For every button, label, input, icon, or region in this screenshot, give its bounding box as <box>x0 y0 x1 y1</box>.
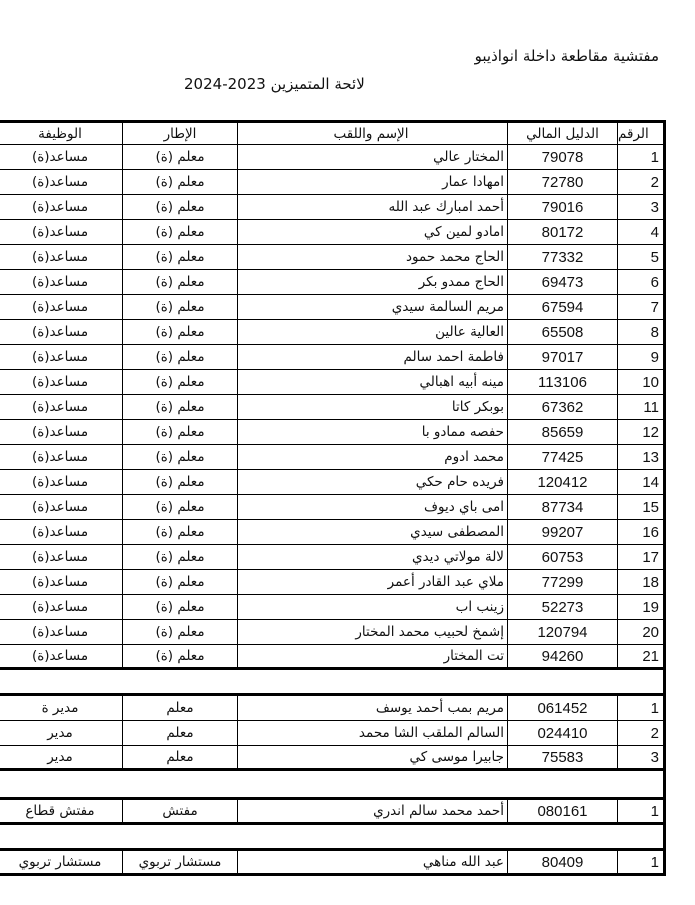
frame: مفتش <box>122 800 237 822</box>
financial-id: 94260 <box>507 645 617 667</box>
table-row: 767594مريم السالمة سيديمعلم (ة)مساعد(ة) <box>0 295 663 320</box>
row-number: 12 <box>617 420 663 444</box>
table-row: 997017فاطمة احمد سالممعلم (ة)مساعد(ة) <box>0 345 663 370</box>
frame: معلم (ة) <box>122 295 237 319</box>
financial-id: 60753 <box>507 545 617 569</box>
frame: معلم (ة) <box>122 620 237 644</box>
job-title: مساعد(ة) <box>0 370 122 394</box>
header-financial-id: الدليل المالي <box>507 123 617 144</box>
frame: معلم (ة) <box>122 595 237 619</box>
job-title: مساعد(ة) <box>0 170 122 194</box>
row-number: 1 <box>617 145 663 169</box>
full-name: المصطفى سيدي <box>237 520 507 544</box>
job-title: مساعد(ة) <box>0 595 122 619</box>
frame: مستشار تربوي <box>122 851 237 873</box>
table-row: 577332الحاج محمد حمودمعلم (ة)مساعد(ة) <box>0 245 663 270</box>
job-title: مساعد(ة) <box>0 645 122 667</box>
org-title: مفتشية مقاطعة داخلة انواذيبو <box>475 47 659 65</box>
table-row: 1080161أحمد محمد سالم اندريمفتشمفتش قطاع <box>0 800 663 825</box>
frame: معلم (ة) <box>122 470 237 494</box>
row-number: 13 <box>617 445 663 469</box>
row-number: 6 <box>617 270 663 294</box>
full-name: إشمخ لحبيب محمد المختار <box>237 620 507 644</box>
full-name: المختار عالي <box>237 145 507 169</box>
table-row: 2194260تت المختارمعلم (ة)مساعد(ة) <box>0 645 663 670</box>
financial-id: 69473 <box>507 270 617 294</box>
row-number: 1 <box>617 851 663 873</box>
row-number: 9 <box>617 345 663 369</box>
financial-id: 113106 <box>507 370 617 394</box>
row-number: 3 <box>617 746 663 768</box>
section-spacer <box>0 670 663 696</box>
full-name: ملاي عبد القادر أعمر <box>237 570 507 594</box>
full-name: أحمد امبارك عبد الله <box>237 195 507 219</box>
job-title: مساعد(ة) <box>0 295 122 319</box>
job-title: مساعد(ة) <box>0 570 122 594</box>
full-name: جابيرا موسى كي <box>237 746 507 768</box>
section-spacer <box>0 771 663 800</box>
frame: معلم (ة) <box>122 170 237 194</box>
full-name: الحاج ممدو بكر <box>237 270 507 294</box>
header-frame: الإطار <box>122 123 237 144</box>
table-row: 1760753لالة مولاتي ديديمعلم (ة)مساعد(ة) <box>0 545 663 570</box>
financial-id: 77425 <box>507 445 617 469</box>
frame: معلم (ة) <box>122 220 237 244</box>
full-name: امادو لمين كي <box>237 220 507 244</box>
job-title: مدير <box>0 721 122 745</box>
job-title: مفتش قطاع <box>0 800 122 822</box>
full-name: مينه أبيه اهبالي <box>237 370 507 394</box>
full-name: محمد ادوم <box>237 445 507 469</box>
full-name: تت المختار <box>237 645 507 667</box>
financial-id: 99207 <box>507 520 617 544</box>
job-title: مساعد(ة) <box>0 495 122 519</box>
table-row: 1167362بوبكر كاتامعلم (ة)مساعد(ة) <box>0 395 663 420</box>
job-title: مساعد(ة) <box>0 470 122 494</box>
frame: معلم (ة) <box>122 245 237 269</box>
frame: معلم (ة) <box>122 370 237 394</box>
table-row: 1877299ملاي عبد القادر أعمرمعلم (ة)مساعد… <box>0 570 663 595</box>
frame: معلم (ة) <box>122 545 237 569</box>
row-number: 14 <box>617 470 663 494</box>
financial-id: 77332 <box>507 245 617 269</box>
row-number: 7 <box>617 295 663 319</box>
full-name: امهادا عمار <box>237 170 507 194</box>
financial-id: 024410 <box>507 721 617 745</box>
job-title: مساعد(ة) <box>0 320 122 344</box>
full-name: لالة مولاتي ديدي <box>237 545 507 569</box>
table-row: 179078المختار عاليمعلم (ة)مساعد(ة) <box>0 145 663 170</box>
table-row: 1952273زينب ابمعلم (ة)مساعد(ة) <box>0 595 663 620</box>
job-title: مساعد(ة) <box>0 395 122 419</box>
job-title: مساعد(ة) <box>0 245 122 269</box>
row-number: 18 <box>617 570 663 594</box>
table-row: 272780امهادا عمارمعلم (ة)مساعد(ة) <box>0 170 663 195</box>
financial-id: 080161 <box>507 800 617 822</box>
row-number: 15 <box>617 495 663 519</box>
row-number: 1 <box>617 800 663 822</box>
financial-id: 79078 <box>507 145 617 169</box>
table-row: 1285659حفصه ممادو بامعلم (ة)مساعد(ة) <box>0 420 663 445</box>
financial-id: 77299 <box>507 570 617 594</box>
row-number: 2 <box>617 721 663 745</box>
frame: معلم <box>122 721 237 745</box>
table-row: 1587734امى باي ديوفمعلم (ة)مساعد(ة) <box>0 495 663 520</box>
financial-id: 65508 <box>507 320 617 344</box>
frame: معلم <box>122 746 237 768</box>
row-number: 1 <box>617 696 663 720</box>
full-name: عبد الله مناهي <box>237 851 507 873</box>
job-title: مساعد(ة) <box>0 545 122 569</box>
table-row: 1699207المصطفى سيديمعلم (ة)مساعد(ة) <box>0 520 663 545</box>
full-name: امى باي ديوف <box>237 495 507 519</box>
frame: معلم (ة) <box>122 645 237 667</box>
financial-id: 79016 <box>507 195 617 219</box>
job-title: مدير ة <box>0 696 122 720</box>
financial-id: 97017 <box>507 345 617 369</box>
full-name: مريم السالمة سيدي <box>237 295 507 319</box>
financial-id: 72780 <box>507 170 617 194</box>
job-title: مساعد(ة) <box>0 270 122 294</box>
financial-id: 80409 <box>507 851 617 873</box>
row-number: 5 <box>617 245 663 269</box>
row-number: 19 <box>617 595 663 619</box>
table-row: 20120794إشمخ لحبيب محمد المختارمعلم (ة)م… <box>0 620 663 645</box>
full-name: العالية عالين <box>237 320 507 344</box>
full-name: حفصه ممادو با <box>237 420 507 444</box>
job-title: مساعد(ة) <box>0 420 122 444</box>
honor-roll-table: الرقم الدليل المالي الإسم واللقب الإطار … <box>0 120 666 876</box>
table-row: 180409عبد الله مناهيمستشار تربويمستشار ت… <box>0 851 663 876</box>
financial-id: 85659 <box>507 420 617 444</box>
financial-id: 120412 <box>507 470 617 494</box>
full-name: فريده حام حكي <box>237 470 507 494</box>
row-number: 10 <box>617 370 663 394</box>
financial-id: 52273 <box>507 595 617 619</box>
frame: معلم (ة) <box>122 320 237 344</box>
full-name: الحاج محمد حمود <box>237 245 507 269</box>
full-name: السالم الملقب الشا محمد <box>237 721 507 745</box>
row-number: 17 <box>617 545 663 569</box>
job-title: مساعد(ة) <box>0 145 122 169</box>
job-title: مساعد(ة) <box>0 445 122 469</box>
frame: معلم <box>122 696 237 720</box>
full-name: مريم بمب أحمد يوسف <box>237 696 507 720</box>
frame: معلم (ة) <box>122 145 237 169</box>
table-row: 10113106مينه أبيه اهباليمعلم (ة)مساعد(ة) <box>0 370 663 395</box>
table-row: 480172امادو لمين كيمعلم (ة)مساعد(ة) <box>0 220 663 245</box>
table-row: 2024410السالم الملقب الشا محمدمعلممدير <box>0 721 663 746</box>
frame: معلم (ة) <box>122 420 237 444</box>
table-row: 669473الحاج ممدو بكرمعلم (ة)مساعد(ة) <box>0 270 663 295</box>
financial-id: 87734 <box>507 495 617 519</box>
row-number: 8 <box>617 320 663 344</box>
job-title: مدير <box>0 746 122 768</box>
row-number: 21 <box>617 645 663 667</box>
frame: معلم (ة) <box>122 495 237 519</box>
table-row: 865508العالية عالينمعلم (ة)مساعد(ة) <box>0 320 663 345</box>
full-name: بوبكر كاتا <box>237 395 507 419</box>
directors-section: 1061452مريم بمب أحمد يوسفمعلممدير ة20244… <box>0 696 663 771</box>
header-num: الرقم <box>617 123 663 144</box>
job-title: مساعد(ة) <box>0 195 122 219</box>
advisors-section: 180409عبد الله مناهيمستشار تربويمستشار ت… <box>0 851 663 876</box>
table-row: 1377425محمد ادوممعلم (ة)مساعد(ة) <box>0 445 663 470</box>
job-title: مساعد(ة) <box>0 345 122 369</box>
header-job: الوظيفة <box>0 123 122 144</box>
financial-id: 061452 <box>507 696 617 720</box>
financial-id: 67362 <box>507 395 617 419</box>
list-title: لائحة المتميزين 2023-2024 <box>184 75 365 93</box>
job-title: مستشار تربوي <box>0 851 122 873</box>
row-number: 11 <box>617 395 663 419</box>
financial-id: 80172 <box>507 220 617 244</box>
full-name: أحمد محمد سالم اندري <box>237 800 507 822</box>
row-number: 3 <box>617 195 663 219</box>
financial-id: 67594 <box>507 295 617 319</box>
row-number: 4 <box>617 220 663 244</box>
table-row: 14120412فريده حام حكيمعلم (ة)مساعد(ة) <box>0 470 663 495</box>
section-spacer <box>0 825 663 851</box>
frame: معلم (ة) <box>122 345 237 369</box>
table-row: 375583جابيرا موسى كيمعلممدير <box>0 746 663 771</box>
header-name: الإسم واللقب <box>237 123 507 144</box>
financial-id: 120794 <box>507 620 617 644</box>
table-row: 1061452مريم بمب أحمد يوسفمعلممدير ة <box>0 696 663 721</box>
frame: معلم (ة) <box>122 395 237 419</box>
row-number: 16 <box>617 520 663 544</box>
job-title: مساعد(ة) <box>0 620 122 644</box>
table-header-row: الرقم الدليل المالي الإسم واللقب الإطار … <box>0 120 663 145</box>
frame: معلم (ة) <box>122 445 237 469</box>
job-title: مساعد(ة) <box>0 220 122 244</box>
full-name: فاطمة احمد سالم <box>237 345 507 369</box>
frame: معلم (ة) <box>122 520 237 544</box>
frame: معلم (ة) <box>122 270 237 294</box>
assistants-section: 179078المختار عاليمعلم (ة)مساعد(ة)272780… <box>0 145 663 670</box>
frame: معلم (ة) <box>122 570 237 594</box>
full-name: زينب اب <box>237 595 507 619</box>
job-title: مساعد(ة) <box>0 520 122 544</box>
inspectors-section: 1080161أحمد محمد سالم اندريمفتشمفتش قطاع <box>0 800 663 825</box>
financial-id: 75583 <box>507 746 617 768</box>
frame: معلم (ة) <box>122 195 237 219</box>
table-row: 379016أحمد امبارك عبد اللهمعلم (ة)مساعد(… <box>0 195 663 220</box>
row-number: 2 <box>617 170 663 194</box>
row-number: 20 <box>617 620 663 644</box>
